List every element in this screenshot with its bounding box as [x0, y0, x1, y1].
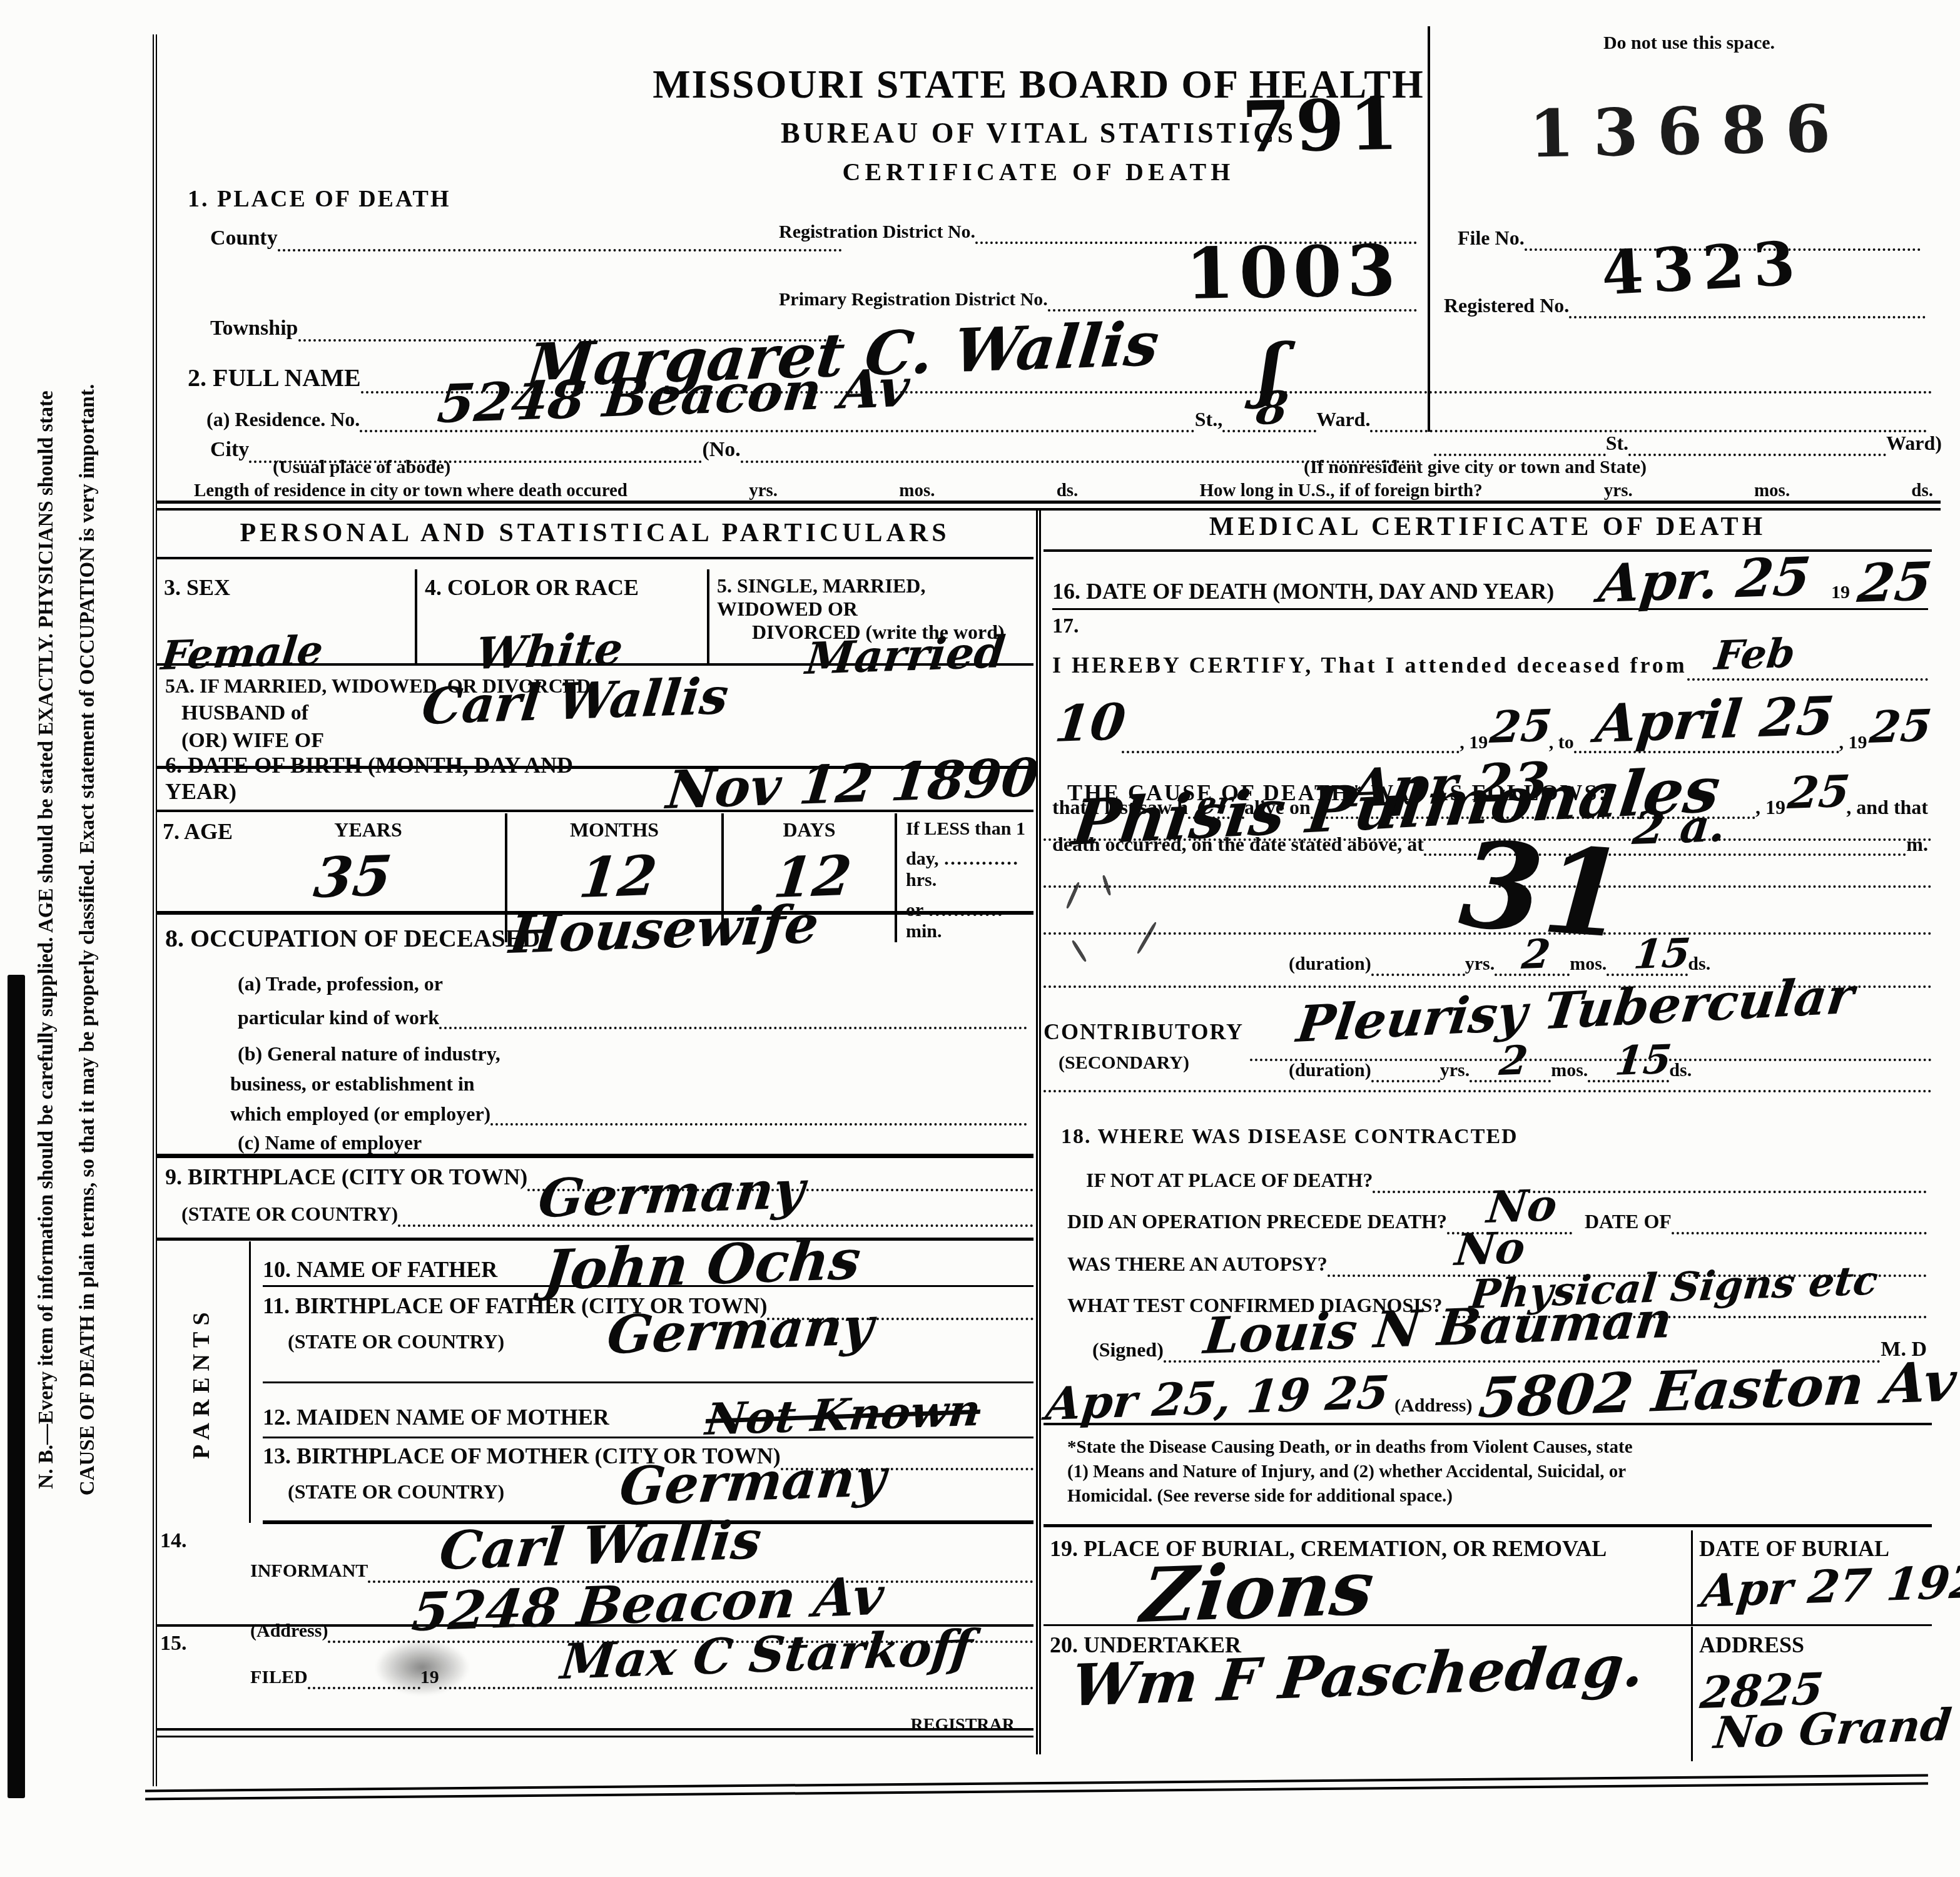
cause-ds-label: ds. [1688, 954, 1710, 976]
operation-date-blank [1672, 1229, 1927, 1234]
disease-contracted-label: 18. WHERE WAS DISEASE CONTRACTED [1061, 1125, 1518, 1149]
operation-label: DID AN OPERATION PRECEDE DEATH? [1067, 1210, 1447, 1234]
mos-label-2: mos. [1754, 481, 1790, 502]
birthplace-sub-label: (STATE OR COUNTRY) [181, 1203, 398, 1227]
footnote-line2: (1) Means and Nature of Injury, and (2) … [1067, 1460, 1921, 1484]
spouse-label-3: (OR) WIFE OF [181, 729, 1033, 753]
sex-cell: 3. SEX Female [156, 569, 415, 663]
nonresident-label: (If nonresident give city or town and St… [1304, 457, 1647, 478]
file-no-label: File No. [1458, 226, 1525, 251]
sex-race-marital-row: 3. SEX Female 4. COLOR OR RACE White 5. … [156, 569, 1033, 666]
place-of-death-label: 1. PLACE OF DEATH [188, 185, 450, 213]
city-label: City [210, 438, 249, 463]
registrar-signature: Max C Starkoff [558, 1619, 975, 1691]
scan-ink-bar [8, 975, 25, 1798]
burial-place-cell: 19. PLACE OF BURIAL, CREMATION, OR REMOV… [1043, 1530, 1691, 1624]
filed-number: 15. [160, 1632, 187, 1656]
physician-address-label: (Address) [1394, 1395, 1472, 1417]
birthplace-line: Germany [398, 1221, 1033, 1227]
marital-label-1: 5. SINGLE, MARRIED, WIDOWED OR [717, 574, 1026, 621]
father-name-line: John Ochs [497, 1282, 1033, 1285]
street-label: St. [1606, 432, 1628, 456]
death-date-row: 16. DATE OF DEATH (MONTH, DAY AND YEAR) … [1052, 558, 1928, 610]
autopsy-value: No [1453, 1221, 1528, 1276]
death-date-year-pre: 19 [1831, 582, 1850, 603]
attended-from-line: Feb [1687, 675, 1928, 681]
street-ward-row: St. Ward) [1434, 432, 1942, 456]
contrib-days-line: 15 [1588, 1077, 1669, 1082]
certificate-stamp-number: 13686 [1451, 88, 1927, 173]
filed-row: 15. FILED 19 Max C Starkoff REGISTRAR [156, 1627, 1033, 1721]
county-label: County [210, 226, 278, 252]
contributory-sub-label: (SECONDARY) [1059, 1052, 1189, 1074]
abode-label: (Usual place of abode) [273, 457, 450, 478]
signed-label: (Signed) [1092, 1338, 1164, 1363]
primary-district-label: Primary Registration District No. [779, 289, 1048, 312]
cause-months-value: 2 [1520, 930, 1553, 979]
contributory-duration-row: (duration) yrs. 2 mos. 15 ds. [1289, 1060, 1927, 1082]
contrib-duration-label: (duration) [1289, 1060, 1371, 1082]
year-pre-a: , 19 [1460, 732, 1488, 753]
operation-date-label: DATE OF [1585, 1210, 1672, 1234]
father-name-label: 10. NAME OF FATHER [263, 1256, 497, 1285]
mother-birthplace-row: 13. BIRTHPLACE OF MOTHER (CITY OR TOWN) … [263, 1439, 1033, 1524]
residence-st-label: St., [1195, 408, 1222, 432]
occupation-c: (c) Name of employer [238, 1131, 422, 1154]
undertaker-address-line2: No Grand Av [1712, 1696, 1960, 1759]
cause-days-value: 15 [1632, 930, 1692, 979]
contributory-label: CONTRIBUTORY [1043, 1019, 1244, 1045]
primary-district-value: 1003 [1185, 230, 1401, 315]
attended-to-line: April 25 [1574, 748, 1839, 753]
attended-from-value: Feb [1712, 630, 1797, 679]
occupation-a1: (a) Trade, profession, or [238, 972, 443, 995]
length-of-residence-row: Length of residence in city or town wher… [194, 481, 1933, 502]
year-a: 25 [1488, 699, 1555, 753]
margin-note-line1: N. B.—Every item of information should b… [35, 76, 58, 1803]
birthplace-label: 9. BIRTHPLACE (CITY OR TOWN) [165, 1164, 527, 1191]
age-months-label: MONTHS [507, 818, 721, 842]
contrib-ds-label: ds. [1669, 1060, 1692, 1082]
filed-label: FILED [250, 1667, 308, 1689]
occupation-value: Housewife [507, 893, 822, 965]
death-certificate-scan: N. B.—Every item of information should b… [0, 0, 1960, 1877]
signature-date-row: Apr 25, 19 25 (Address) 5802 Easton Av [1043, 1374, 1932, 1425]
attended-from-day: 10 [1052, 692, 1129, 753]
mother-name-value: Not Known [703, 1384, 983, 1445]
street-blank [1434, 450, 1606, 456]
county-blank [278, 246, 842, 252]
autopsy-label: WAS THERE AN AUTOPSY? [1067, 1253, 1328, 1277]
occupation-a-blank [439, 1024, 1027, 1029]
ds-label-2: ds. [1911, 481, 1933, 502]
bottom-rule [145, 1774, 1928, 1801]
ward-line: 8 [1222, 427, 1316, 432]
residence-row: (a) Residence. No. 5248 Beacon Av St., 8… [206, 408, 1927, 432]
contrib-yrs-label: yrs. [1440, 1060, 1470, 1082]
contrib-days-value: 15 [1613, 1036, 1673, 1085]
father-name-row: 10. NAME OF FATHER John Ochs [263, 1244, 1033, 1287]
mother-name-line: Not Known [609, 1433, 1033, 1437]
residence-line: 5248 Beacon Av [360, 427, 1194, 432]
father-bp-sub: (STATE OR COUNTRY) [288, 1330, 504, 1353]
undertaker-address-cell: ADDRESS 2825 No Grand Av [1691, 1627, 1932, 1761]
mother-name-row: 12. MAIDEN NAME OF MOTHER Not Known [263, 1384, 1033, 1438]
death-date-value: Apr. 25 [1596, 545, 1814, 614]
age-years-label: YEARS [231, 818, 505, 842]
registered-no-label: Registered No. [1444, 294, 1569, 318]
occupation-a2: particular kind of work [238, 1006, 439, 1029]
column-divider [1036, 508, 1041, 1754]
occupation-row: 8. OCCUPATION OF DECEASED Housewife (a) … [156, 915, 1033, 1158]
from-blank [1122, 748, 1460, 753]
spouse-value: Carl Wallis [419, 666, 731, 736]
us-length-label: How long in U.S., if of foreign birth? [1199, 481, 1482, 502]
mother-name-label: 12. MAIDEN NAME OF MOTHER [263, 1404, 609, 1437]
attended-to-value: April 25 [1593, 684, 1837, 755]
birth-date-label: 6. DATE OF BIRTH (MONTH, DAY AND YEAR) [165, 752, 620, 805]
ink-smudge [375, 1639, 469, 1696]
length-label: Length of residence in city or town wher… [194, 481, 627, 502]
contrib-mos-label: mos. [1551, 1060, 1588, 1082]
registered-no-value: 4323 [1600, 228, 1805, 309]
ds-label-1: ds. [1057, 481, 1079, 502]
full-name-label: 2. FULL NAME [188, 363, 361, 394]
footnote-line1: *State the Disease Causing Death, or in … [1067, 1435, 1921, 1460]
informant-row: 14. INFORMANT Carl Wallis (Address) 5248… [156, 1524, 1033, 1627]
contrib-months-value: 2 [1497, 1037, 1530, 1085]
race-label: 4. COLOR OR RACE [425, 575, 639, 600]
parents-vertical-label: PARENTS [188, 1251, 215, 1514]
burial-date-value: Apr 27 1925 [1699, 1554, 1960, 1617]
registration-district-value: 791 [1241, 84, 1404, 168]
father-bp-line: Germany [504, 1350, 1033, 1353]
race-cell: 4. COLOR OR RACE White [415, 569, 707, 663]
primary-district-row: Primary Registration District No. 1003 [779, 289, 1417, 312]
occupation-b1: (b) General nature of industry, [238, 1042, 500, 1066]
father-birthplace-row: 11. BIRTHPLACE OF FATHER (CITY OR TOWN) … [263, 1288, 1033, 1383]
mos-label-1: mos. [899, 481, 935, 502]
mother-bp-sub: (STATE OR COUNTRY) [288, 1480, 504, 1503]
informant-number: 14. [160, 1529, 187, 1553]
birth-date-value: Nov 12 1890 [664, 746, 1042, 821]
yrs-label-2: yrs. [1604, 481, 1633, 502]
parents-bracket-line [249, 1241, 251, 1523]
burial-row: 19. PLACE OF BURIAL, CREMATION, OR REMOV… [1043, 1530, 1932, 1626]
personal-section-header: PERSONAL AND STATISTICAL PARTICULARS [156, 518, 1033, 559]
registration-district-label: Registration District No. [779, 221, 975, 244]
margin-note-line2: CAUSE OF DEATH in plain terms, so that i… [76, 76, 99, 1803]
cause-duration-blank [1371, 970, 1465, 976]
contrib-months-line: 2 [1470, 1077, 1551, 1082]
occupation-b2: business, or establishment in [230, 1072, 475, 1096]
cause-months-line: 2 [1495, 970, 1570, 976]
do-not-use-note: Do not use this space. [1451, 33, 1927, 54]
cause-duration-label: (duration) [1289, 954, 1371, 976]
birthplace-row: 9. BIRTHPLACE (CITY OR TOWN) (STATE OR C… [156, 1159, 1033, 1241]
burial-place-value: Zions [1137, 1544, 1378, 1640]
nonresident-blank [1370, 427, 1927, 432]
mother-bp-line: Germany [504, 1500, 1033, 1503]
age-years-value: 35 [311, 843, 395, 910]
sex-label: 3. SEX [164, 575, 230, 600]
undertaker-row: 20. UNDERTAKER Wm F Paschedag. ADDRESS 2… [1043, 1627, 1932, 1761]
cause-mos-label: mos. [1570, 954, 1607, 976]
occupation-label: 8. OCCUPATION OF DECEASED [165, 923, 540, 953]
age-days-label: DAYS [724, 818, 895, 842]
not-at-place-blank [1373, 1188, 1927, 1193]
certify-intro: I HEREBY CERTIFY, That I attended deceas… [1052, 652, 1687, 681]
footnote-line3: Homicidal. (See reverse side for additio… [1067, 1484, 1921, 1508]
left-column-bottom-rule [156, 1728, 1033, 1737]
mother-bp-value: Germany [617, 1446, 889, 1517]
registered-no-blank [1569, 313, 1926, 318]
undertaker-address-label: ADDRESS [1699, 1632, 1804, 1657]
yrs-label-1: yrs. [749, 481, 778, 502]
ward-label: Ward) [1886, 432, 1942, 456]
contrib-duration-blank [1371, 1077, 1440, 1082]
year-b: 25 [1867, 699, 1934, 753]
contributory-bottom-line [1043, 1090, 1932, 1092]
house-no-label: (No. [702, 438, 740, 463]
residence-ward-label: Ward. [1316, 408, 1370, 432]
undertaker-cell: 20. UNDERTAKER Wm F Paschedag. [1043, 1627, 1691, 1761]
death-date-label: 16. DATE OF DEATH (MONTH, DAY AND YEAR) [1052, 578, 1554, 608]
age-row: 7. AGE YEARS 35 MONTHS 12 DAYS 12 If LES… [156, 813, 1033, 915]
age-less-line2: day, …………hrs. [906, 848, 1033, 891]
registrar-signature-line: Max C Starkoff REGISTRAR [539, 1684, 1033, 1689]
to-label: , to [1549, 732, 1574, 753]
ward-value: 8 [1254, 380, 1291, 435]
occupation-b3: which employed (or employer) [230, 1102, 490, 1126]
age-label: 7. AGE [163, 818, 233, 845]
year-pre-b: , 19 [1839, 732, 1867, 753]
burial-date-label: DATE OF BURIAL [1699, 1536, 1889, 1561]
violent-causes-footnote: *State the Disease Causing Death, or in … [1067, 1435, 1921, 1508]
age-less-line1: If LESS than 1 [906, 818, 1033, 840]
death-date-year: 25 [1855, 550, 1935, 614]
marital-cell: 5. SINGLE, MARRIED, WIDOWED OR DIVORCED … [707, 569, 1033, 663]
burial-date-cell: DATE OF BURIAL Apr 27 1925 [1691, 1530, 1932, 1624]
birth-date-row: 6. DATE OF BIRTH (MONTH, DAY AND YEAR) N… [156, 770, 1033, 812]
ward-blank [1628, 450, 1886, 456]
birthplace-value: Germany [536, 1158, 808, 1229]
occupation-b-blank [490, 1120, 1027, 1126]
cause-yrs-label: yrs. [1465, 954, 1495, 976]
informant-label: INFORMANT [250, 1560, 368, 1583]
county-row: County [210, 226, 842, 252]
father-bp-value: Germany [604, 1295, 876, 1366]
signature-date-value: Apr 25, 19 25 [1043, 1365, 1391, 1430]
residence-label: (a) Residence. No. [206, 408, 360, 432]
main-divider-rule [156, 501, 1941, 511]
township-label: Township [210, 317, 298, 342]
not-at-place-label: IF NOT AT PLACE OF DEATH? [1086, 1169, 1373, 1193]
